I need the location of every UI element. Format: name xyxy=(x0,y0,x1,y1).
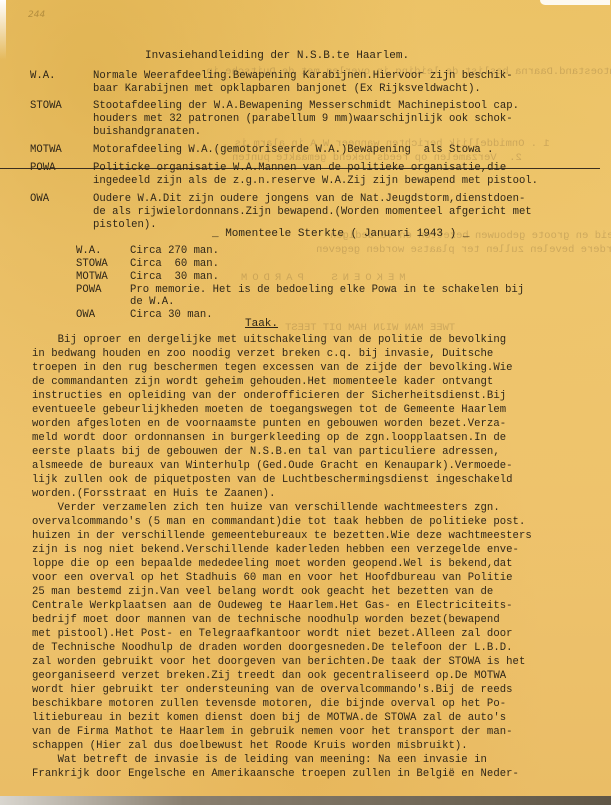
task-line: lijk zullen ook de piquetposten van de L… xyxy=(32,474,513,487)
task-line: beschikbare motoren zullen tevensde moto… xyxy=(32,698,506,711)
bleed-through-text: 7. Verdere bevelen zullen ter plaatse wo… xyxy=(316,244,611,256)
task-line: schappen (Hier zal dus doelbewust het Ro… xyxy=(32,740,468,753)
paper-tear-left xyxy=(0,0,6,60)
task-line: eerste plaats bij de gebouwen der N.S.B.… xyxy=(32,446,500,459)
paper-tear-top xyxy=(540,0,610,5)
task-line: bedrijf moet door mannen van de technisc… xyxy=(32,614,500,627)
task-line: loppe die op een bepaalde mededeeling mo… xyxy=(32,558,513,571)
definition-line: Oudere W.A.Dit zijn oudere jongens van d… xyxy=(93,193,525,206)
task-line: instructies en opleiding van der onderof… xyxy=(32,390,506,403)
task-line: voor een overval op het Stadhuis 60 man … xyxy=(32,572,513,585)
document-page: 244 in alarmtoestand.Daarna beslist de l… xyxy=(0,0,611,796)
task-heading: Taak. xyxy=(245,318,278,330)
definition-line: Motorafdeeling W.A.(gemotoriseerde W.A.)… xyxy=(93,144,494,157)
task-line: worden.(Forsstraat en Huis te Zaanen). xyxy=(32,488,275,501)
definition-line: Normale Weerafdeeling.Bewapening Karabij… xyxy=(93,70,513,83)
task-line: zal worden gebruikt voor het doorgeven v… xyxy=(32,656,525,669)
task-line: zijn is nog niet bekend.Verschillende ka… xyxy=(32,544,519,557)
task-line: van de Firma Mathot te Haarlem in gebrui… xyxy=(32,726,513,739)
strength-abbr: MOTWA xyxy=(76,271,108,284)
strength-abbr: POWA xyxy=(76,284,101,297)
definition-line: Stootafdeeling der W.A.Bewapening Messer… xyxy=(93,100,519,113)
definition-line: pistolen). xyxy=(93,219,157,232)
definition-abbr: POWA xyxy=(30,162,55,175)
scan-bottom-edge xyxy=(0,796,611,805)
task-line: litiebureau in bezit komen dienst doen b… xyxy=(32,712,506,725)
margin-pencil-mark: 244 xyxy=(28,10,45,20)
strength-value: Circa 270 man. xyxy=(130,245,219,258)
task-line: de Technische Noodhulp de draden worden … xyxy=(32,642,513,655)
strength-abbr: W.A. xyxy=(76,245,101,258)
task-line: alsmeede de bureaux van Winterhulp (Ged.… xyxy=(32,460,513,473)
task-line: Wat betreft de invasie is de leiding van… xyxy=(32,754,487,767)
strength-abbr: STOWA xyxy=(76,258,108,271)
strength-abbr: OWA xyxy=(76,309,95,322)
definition-line: de als rijwielordonnans.Zijn bewapend.(W… xyxy=(93,206,532,219)
definition-abbr: STOWA xyxy=(30,100,62,113)
bleed-through-text: TWEE MAN WIJN HAM DIT TEEST xyxy=(285,322,455,334)
definition-line: Politicke organisatie W.A.Mannen van de … xyxy=(93,162,506,175)
strength-value: Circa 30 man. xyxy=(130,309,213,322)
bleed-through-text: MEKOENS PARDOM xyxy=(236,272,406,284)
task-line: worden afgesloten en de voornaamste punt… xyxy=(32,418,506,431)
strength-heading: _ Momenteele Sterkte ( Januari 1943 ) _ xyxy=(212,228,469,240)
task-line: overvalcommando's (5 man en commandant)d… xyxy=(32,516,525,529)
task-line: georganiseerd verzet breken.Zij treedt d… xyxy=(32,670,506,683)
definition-abbr: MOTWA xyxy=(30,144,62,157)
definition-line: baar Karabijnen met opklapbaren banjonet… xyxy=(93,83,481,96)
task-line: Verder verzamelen zich ten huize van ver… xyxy=(32,502,500,515)
task-line: met pistool).Het Post- en Telegraafkanto… xyxy=(32,628,513,641)
definition-abbr: OWA xyxy=(30,193,49,206)
task-line: in bedwang houden en zoo noodig verzet b… xyxy=(32,348,493,361)
task-line: 25 man bestemd zijn.Van veel belang word… xyxy=(32,586,493,599)
strength-value: de W.A. xyxy=(130,296,175,309)
definition-line: buishandgranaten. xyxy=(93,126,201,139)
strength-value: Circa 30 man. xyxy=(130,271,219,284)
task-line: wordt hier gebruikt ter ondersteuning va… xyxy=(32,684,513,697)
strength-value: Circa 60 man. xyxy=(130,258,219,271)
task-line: eventueele gebeurlijkheden moeten de toe… xyxy=(32,404,506,417)
task-line: Centrale Werkplaatsen aan de Oudeweg te … xyxy=(32,600,513,613)
task-line: Frankrijk door Engelsche en Amerikaansch… xyxy=(32,768,519,781)
task-line: meld wordt door ordonnansen in burgerkle… xyxy=(32,432,506,445)
task-line: Bij oproer en dergelijke met uitschakeli… xyxy=(32,334,506,347)
document-title: Invasiehandleiding der N.S.B.te Haarlem. xyxy=(145,50,409,62)
definition-line: ingedeeld zijn als de z.g.n.reserve W.A.… xyxy=(93,175,538,188)
task-line: de commandanten zijn wordt geheim gehoud… xyxy=(32,376,493,389)
strength-value: Pro memorie. Het is de bedoeling elke Po… xyxy=(130,284,524,297)
task-line: troepen in den rug beschermen tegen exce… xyxy=(32,362,513,375)
definition-line: houders met 32 patronen (parabellum 9 mm… xyxy=(93,113,513,126)
definition-abbr: W.A. xyxy=(30,70,55,83)
task-line: huizen in der verschillende gemeentebure… xyxy=(32,530,532,543)
